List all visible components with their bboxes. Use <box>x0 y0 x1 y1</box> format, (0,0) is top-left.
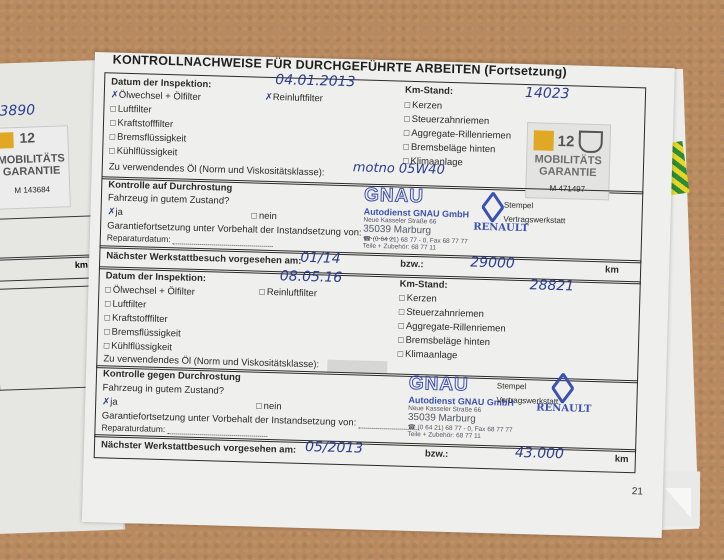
dealer-label: Vertragswerkstatt <box>503 214 565 225</box>
oil-change-checked[interactable]: ✗Ölwechsel + Ölfilter <box>111 89 201 103</box>
air-filter-checkbox[interactable]: Luftfilter <box>110 103 152 115</box>
entry-2-inspection: Datum der Inspektion: 08.05.16 Ölwechsel… <box>96 266 641 383</box>
km-label: km <box>615 454 629 465</box>
km-reading-label: Km-Stand: <box>405 85 453 97</box>
renault-logo-icon <box>0 132 14 149</box>
km-reading-value[interactable]: 14023 <box>525 85 570 102</box>
page-number: 21 <box>632 486 643 497</box>
next-visit-km[interactable]: 43.000 <box>515 445 564 462</box>
inspection-date-label: Datum der Inspektion: <box>111 76 212 90</box>
spark-plugs-checkbox[interactable]: Kerzen <box>404 100 442 112</box>
inspection-date-label: Datum der Inspektion: <box>106 270 207 284</box>
next-visit-label: Nächster Werkstattbesuch vorgesehen am: <box>101 439 296 455</box>
rear-brakes-checkbox[interactable]: Bremsbeläge hinten <box>398 335 490 349</box>
or-label: bzw.: <box>400 259 424 271</box>
km-label: km <box>605 264 619 275</box>
inspection-date-value[interactable]: 08.05.16 <box>280 268 343 286</box>
cabin-filter-checked[interactable]: ✗Reinluftfilter <box>265 92 323 105</box>
vehicle-ok-label: Fahrzeug in gutem Zustand? <box>108 192 230 206</box>
badge-title-2: GARANTIE <box>0 164 69 179</box>
ac-checkbox[interactable]: Klimaanlage <box>398 349 458 362</box>
left-mobility-badge: 12 MOBILITÄTS GARANTIE M 143684 <box>0 125 71 210</box>
fuel-filter-checkbox[interactable]: Kraftstofffilter <box>110 117 173 130</box>
cabin-filter-checkbox[interactable]: Reinluftfilter <box>259 287 317 300</box>
left-km-handwritten: 3890 <box>0 102 35 119</box>
aux-belt-checkbox[interactable]: Aggregate-Rillenriemen <box>398 321 506 335</box>
timing-belt-checkbox[interactable]: Steuerzahnriemen <box>404 114 489 127</box>
left-section-box-2 <box>0 285 99 390</box>
dealer-stamp: GNAU Autodienst GNAU GmbH Neue Kasseler … <box>363 185 470 253</box>
brake-fluid-checkbox[interactable]: Bremsflüssigkeit <box>109 131 186 144</box>
fuel-filter-checkbox[interactable]: Kraftstofffilter <box>104 312 167 325</box>
km-reading-label: Km-Stand: <box>399 279 447 291</box>
air-filter-checkbox[interactable]: Luftfilter <box>105 298 147 310</box>
dacia-logo-icon <box>578 131 603 154</box>
oil-change-checkbox[interactable]: Ölwechsel + Ölfilter <box>105 284 195 297</box>
next-visit-km[interactable]: 29000 <box>470 255 515 272</box>
badge-months: 12 <box>19 129 35 146</box>
rust-check-label: Kontrolle gegen Durchrostung <box>103 368 241 383</box>
rear-brakes-checkbox[interactable]: Bremsbeläge hinten <box>403 142 495 156</box>
left-km-label: km <box>75 260 88 270</box>
left-km-box: km <box>0 254 95 281</box>
next-visit-date[interactable]: 05/2013 <box>305 439 364 457</box>
badge-months: 12 <box>557 132 574 149</box>
vehicle-ok-label: Fahrzeug in gutem Zustand? <box>102 382 224 396</box>
form-page: KONTROLLNACHWEISE FÜR DURCHGEFÜHRTE ARBE… <box>82 52 675 538</box>
next-visit-date[interactable]: 01/14 <box>300 250 341 267</box>
or-label: bzw.: <box>425 448 449 460</box>
spark-plugs-checkbox[interactable]: Kerzen <box>399 293 437 305</box>
page-corner-fold <box>665 488 691 518</box>
rust-check-label: Kontrolle auf Durchrostung <box>108 179 232 193</box>
coolant-checkbox[interactable]: Kühlflüssigkeit <box>104 340 172 353</box>
renault-diamond-icon <box>551 373 574 404</box>
no-checkbox[interactable]: nein <box>256 401 282 413</box>
yes-checked[interactable]: ✗ja <box>102 396 118 407</box>
coolant-checkbox[interactable]: Kühlflüssigkeit <box>109 145 177 158</box>
renault-logo-icon <box>533 130 554 151</box>
stamp-label: Stempel <box>497 381 527 391</box>
badge-title-2: GARANTIE <box>531 165 605 179</box>
renault-diamond-icon <box>481 192 504 223</box>
title-suffix: (Fortsetzung) <box>484 63 567 79</box>
renault-wordmark: RENAULT <box>536 402 592 415</box>
aux-belt-checkbox[interactable]: Aggregate-Rillenriemen <box>404 128 512 142</box>
brake-fluid-checkbox[interactable]: Bremsflüssigkeit <box>104 326 181 339</box>
oil-spec-label: Zu verwendendes Öl (Norm und Viskositäts… <box>109 161 325 178</box>
next-visit-label: Nächster Werkstattbesuch vorgesehen am: <box>106 250 301 266</box>
inspection-date-value[interactable]: 04.01.2013 <box>275 72 356 90</box>
km-reading-value[interactable]: 28821 <box>529 277 574 294</box>
timing-belt-checkbox[interactable]: Steuerzahnriemen <box>399 307 484 320</box>
badge-number: M 143684 <box>0 184 69 196</box>
yes-checked[interactable]: ✗ja <box>107 206 123 217</box>
ac-checkbox[interactable]: Klimaanlage <box>403 156 463 169</box>
stamp-label: Stempel <box>504 200 534 210</box>
gnau-logo: GNAU <box>364 185 470 210</box>
no-checkbox[interactable]: nein <box>251 210 277 222</box>
